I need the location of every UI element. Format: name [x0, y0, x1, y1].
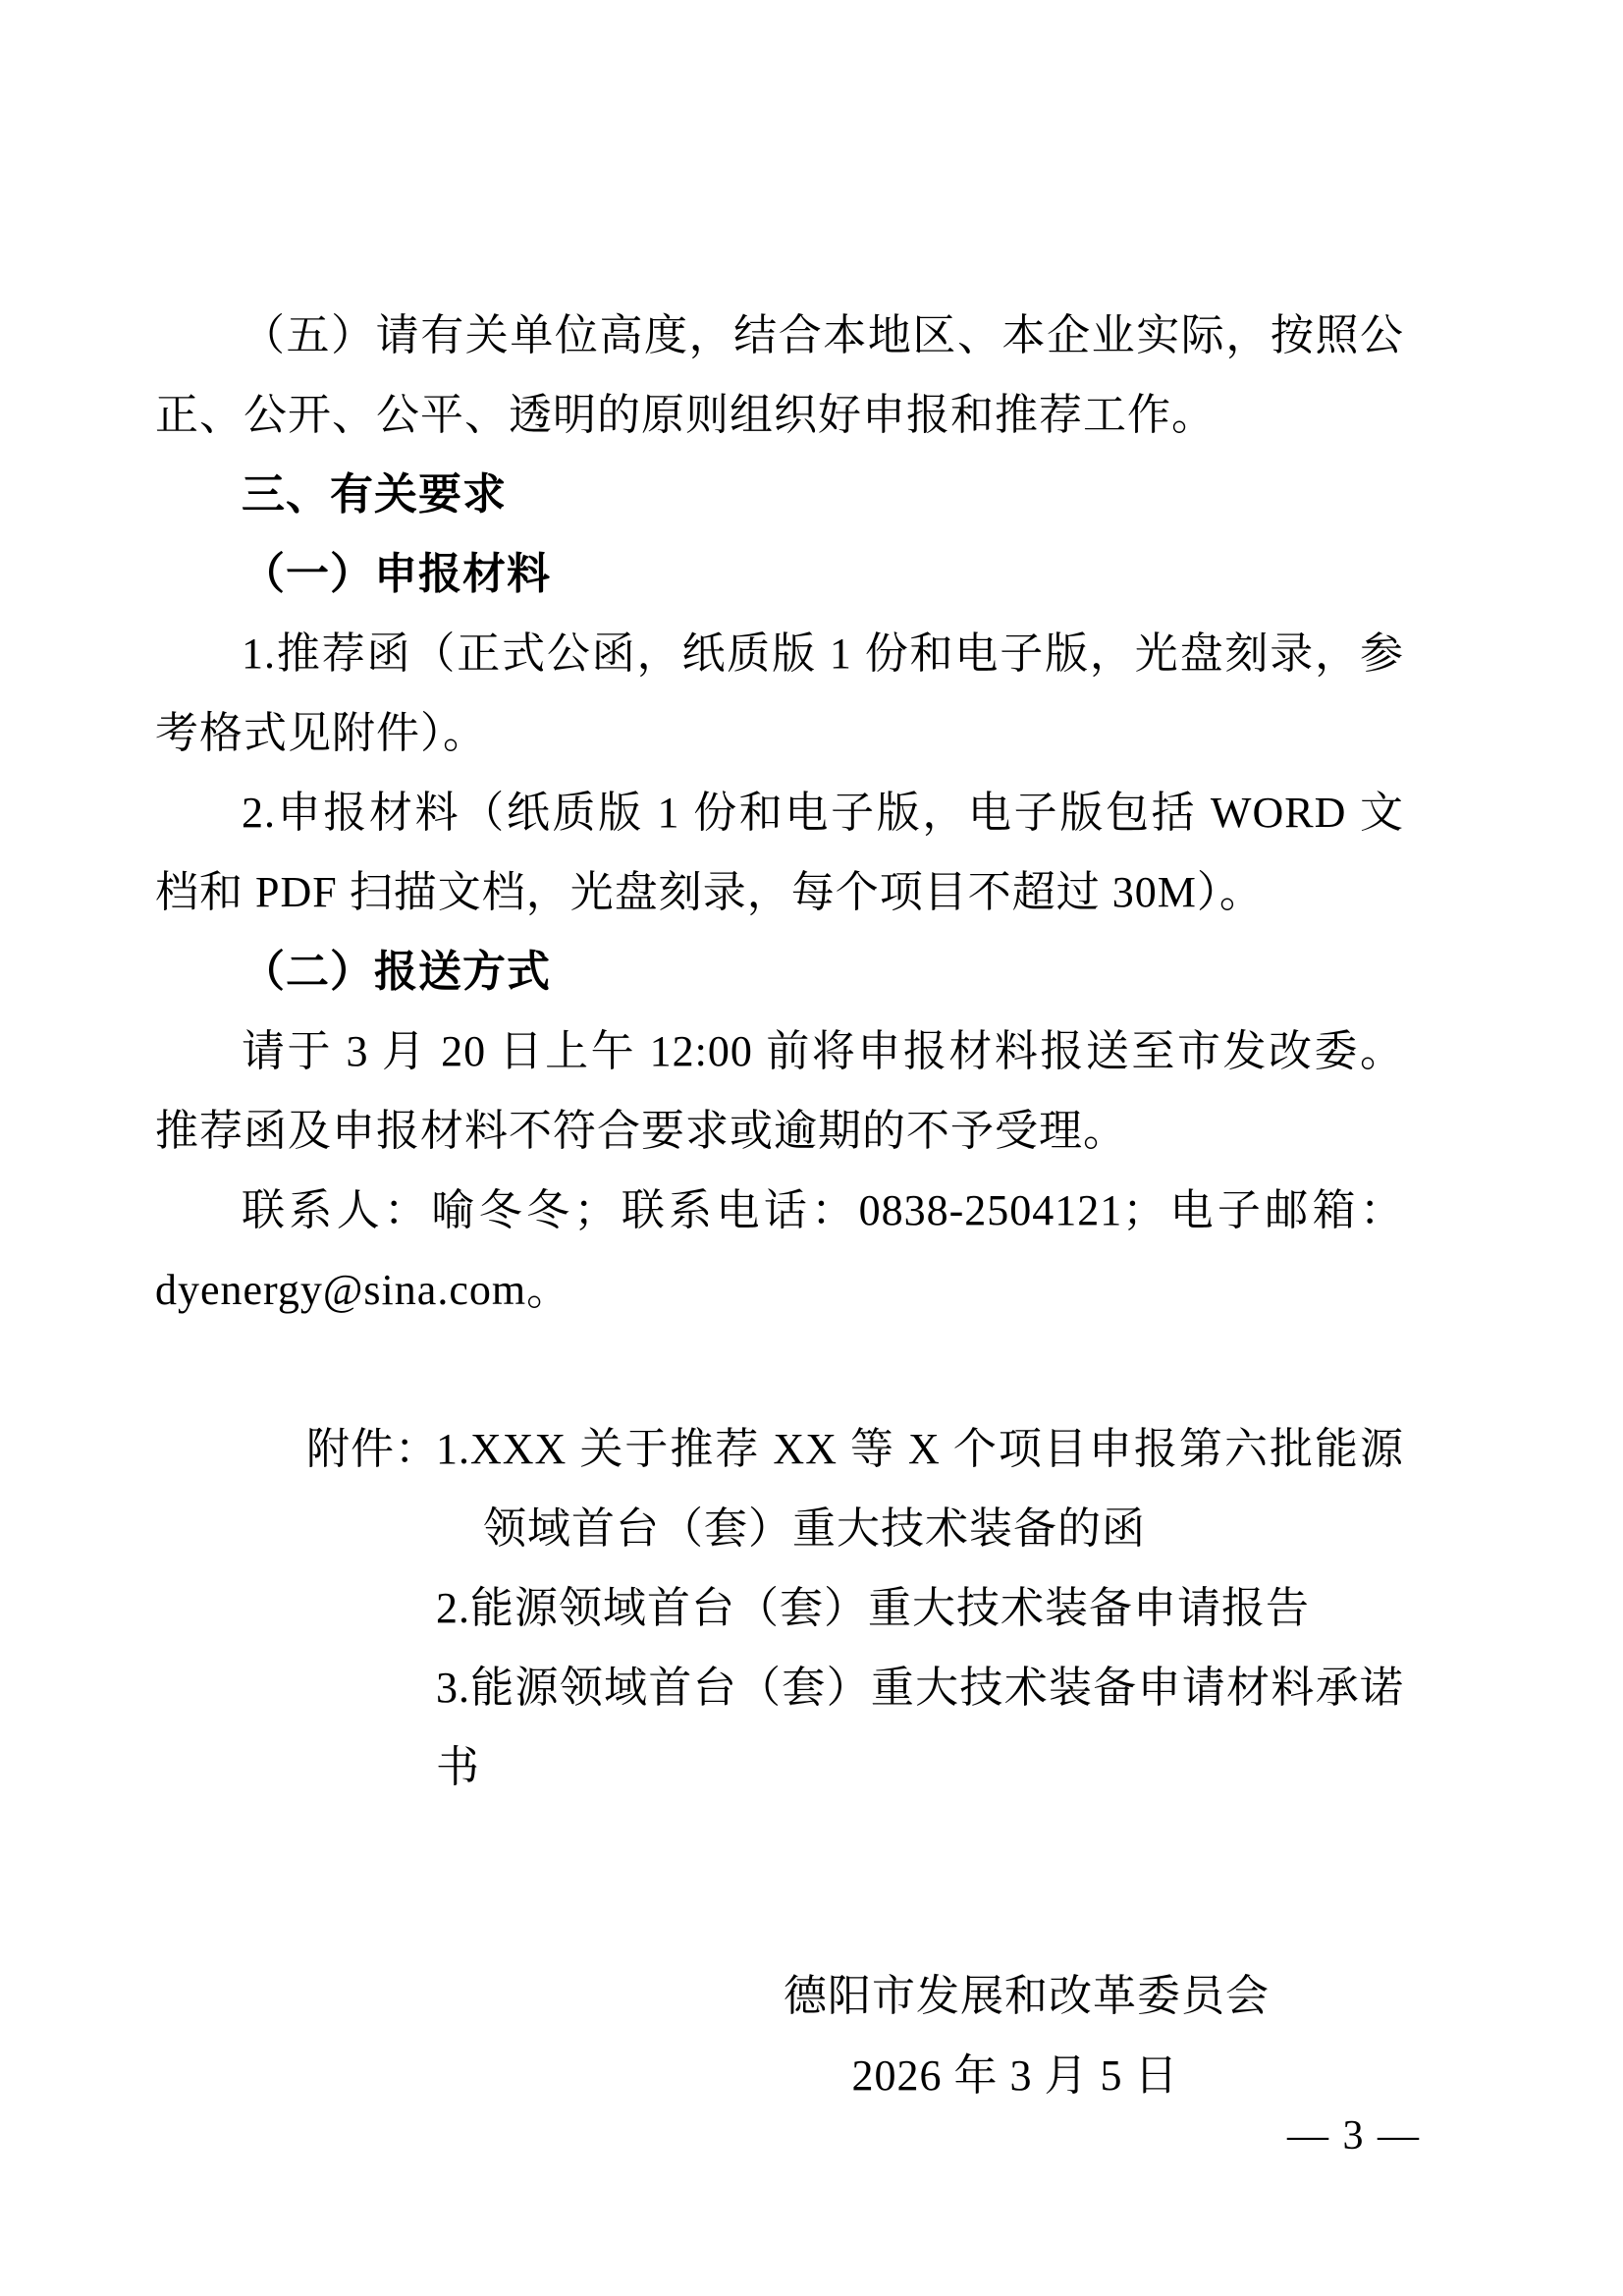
- attachment-item-3: 3.能源领域首台（套）重大技术装备申请材料承诺书: [436, 1648, 1404, 1807]
- section-heading-requirements: 三、有关要求: [155, 455, 1404, 534]
- attachments-label: 附件：: [306, 1409, 436, 1489]
- paragraph-clause-five: （五）请有关单位高度，结合本地区、本企业实际，按照公正、公开、公平、透明的原则组…: [155, 296, 1404, 455]
- document-page: （五）请有关单位高度，结合本地区、本企业实际，按照公正、公开、公平、透明的原则组…: [0, 0, 1623, 2296]
- attachment-item-2: 2.能源领域首台（套）重大技术装备申请报告: [436, 1568, 1404, 1648]
- paragraph-contact-info: 联系人：喻冬冬；联系电话：0838-2504121；电子邮箱：dyenergy@…: [155, 1171, 1404, 1330]
- material-item-recommendation-letter: 1.推荐函（正式公函，纸质版 1 份和电子版，光盘刻录，参考格式见附件）。: [155, 614, 1404, 773]
- document-body: （五）请有关单位高度，结合本地区、本企业实际，按照公正、公开、公平、透明的原则组…: [155, 296, 1404, 2115]
- signature-organization: 德阳市发展和改革委员会: [784, 1956, 1247, 2036]
- subsection-heading-application-materials: （一）申报材料: [155, 534, 1404, 614]
- signature-date: 2026 年 3 月 5 日: [784, 2036, 1247, 2115]
- attachments-list: 1.XXX 关于推荐 XX 等 X 个项目申报第六批能源领域首台（套）重大技术装…: [436, 1409, 1404, 1807]
- attachment-item-1: 1.XXX 关于推荐 XX 等 X 个项目申报第六批能源领域首台（套）重大技术装…: [436, 1409, 1404, 1568]
- attachments-block: 附件： 1.XXX 关于推荐 XX 等 X 个项目申报第六批能源领域首台（套）重…: [306, 1409, 1404, 1807]
- signature-block: 德阳市发展和改革委员会 2026 年 3 月 5 日: [784, 1956, 1247, 2115]
- page-number: — 3 —: [1287, 2113, 1421, 2159]
- paragraph-submission-deadline: 请于 3 月 20 日上午 12:00 前将申报材料报送至市发改委。推荐函及申报…: [155, 1011, 1404, 1171]
- material-item-application-documents: 2.申报材料（纸质版 1 份和电子版，电子版包括 WORD 文档和 PDF 扫描…: [155, 773, 1404, 932]
- subsection-heading-submission-method: （二）报送方式: [155, 932, 1404, 1011]
